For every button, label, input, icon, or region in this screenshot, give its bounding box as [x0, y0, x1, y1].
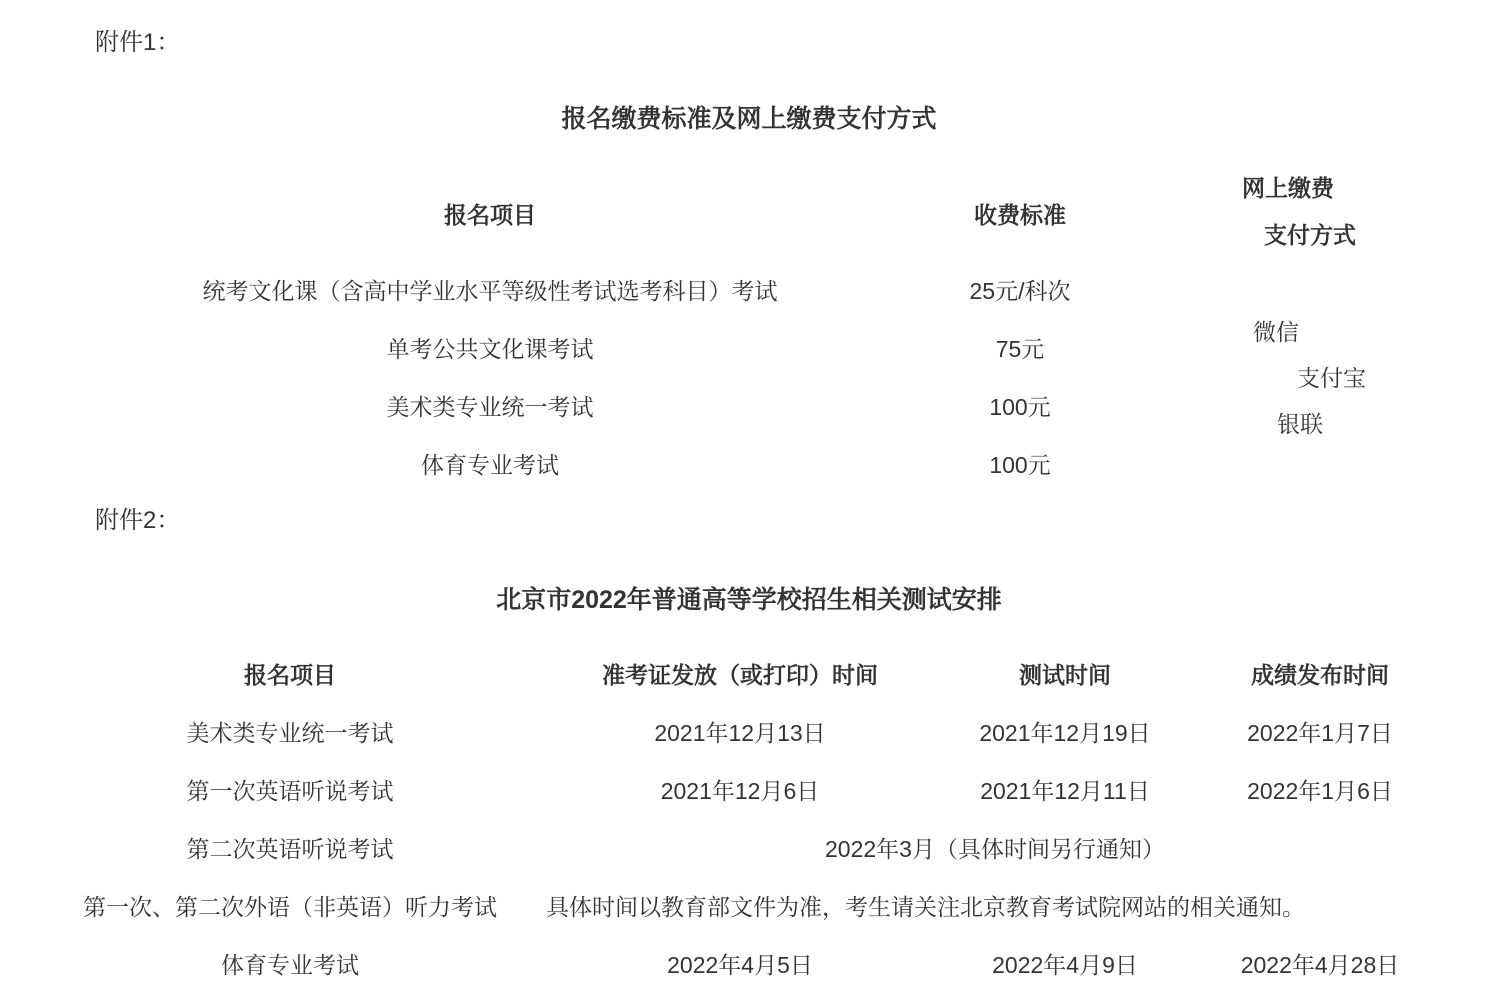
fee-table-header-payment-line2: 支付方式: [1264, 222, 1356, 248]
fee-table-header-fee: 收费标准: [835, 167, 1205, 262]
schedule-header-ticket-time: 准考证发放（或打印）时间: [540, 646, 940, 704]
schedule-table: 报名项目 准考证发放（或打印）时间 测试时间 成绩发布时间 美术类专业统一考试 …: [40, 646, 1450, 994]
payment-method-alipay: 支付宝: [1297, 366, 1366, 391]
attachment1-label: 附件1：: [95, 0, 1498, 58]
schedule-row-test-time: 2022年4月9日: [940, 936, 1190, 994]
fee-row-item: 体育专业考试: [145, 436, 835, 494]
attachment1-title: 报名缴费标准及网上缴费支付方式: [0, 103, 1498, 135]
schedule-row-item: 美术类专业统一考试: [40, 704, 540, 762]
fee-table-header-payment-line1: 网上缴费: [1242, 175, 1334, 201]
fee-row-fee: 100元: [835, 436, 1205, 494]
payment-method-unionpay: 银联: [1277, 412, 1323, 437]
payment-method-wechat: 微信: [1253, 320, 1299, 345]
fee-row-fee: 75元: [835, 320, 1205, 378]
schedule-row-result-time: 2022年4月28日: [1190, 936, 1450, 994]
schedule-header-item: 报名项目: [40, 646, 540, 704]
schedule-row-test-time: 2021年12月11日: [940, 762, 1190, 820]
fee-row-fee: 25元/科次: [835, 262, 1205, 320]
schedule-header-test-time: 测试时间: [940, 646, 1190, 704]
attachment2-title: 北京市2022年普通高等学校招生相关测试安排: [0, 584, 1498, 616]
schedule-row-span-note: 具体时间以教育部文件为准，考生请关注北京教育考试院网站的相关通知。: [540, 878, 1450, 936]
fee-row-item: 美术类专业统一考试: [145, 378, 835, 436]
payment-methods-cell: 微信 支付宝 银联: [1205, 262, 1405, 494]
schedule-row-test-time: 2021年12月19日: [940, 704, 1190, 762]
fee-table: 报名项目 收费标准 网上缴费 支付方式 统考文化课（含高中学业水平等级性考试选考…: [145, 167, 1405, 494]
schedule-row-item: 体育专业考试: [40, 936, 540, 994]
schedule-row-result-time: 2022年1月7日: [1190, 704, 1450, 762]
attachment2-label: 附件2：: [95, 506, 1498, 536]
schedule-row-item: 第一次英语听说考试: [40, 762, 540, 820]
fee-table-header-item: 报名项目: [145, 167, 835, 262]
schedule-row-span-note: 2022年3月（具体时间另行通知）: [540, 820, 1450, 878]
schedule-row-ticket-time: 2021年12月13日: [540, 704, 940, 762]
fee-table-header-payment: 网上缴费 支付方式: [1205, 167, 1405, 262]
fee-row-item: 单考公共文化课考试: [145, 320, 835, 378]
document-page: 附件1： 报名缴费标准及网上缴费支付方式 报名项目 收费标准 网上缴费 支付方式…: [0, 0, 1498, 1000]
schedule-header-result-time: 成绩发布时间: [1190, 646, 1450, 704]
schedule-row-item: 第二次英语听说考试: [40, 820, 540, 878]
fee-row-fee: 100元: [835, 378, 1205, 436]
fee-row-item: 统考文化课（含高中学业水平等级性考试选考科目）考试: [145, 262, 835, 320]
schedule-row-ticket-time: 2022年4月5日: [540, 936, 940, 994]
schedule-row-item: 第一次、第二次外语（非英语）听力考试: [40, 878, 540, 936]
schedule-row-ticket-time: 2021年12月6日: [540, 762, 940, 820]
schedule-row-result-time: 2022年1月6日: [1190, 762, 1450, 820]
